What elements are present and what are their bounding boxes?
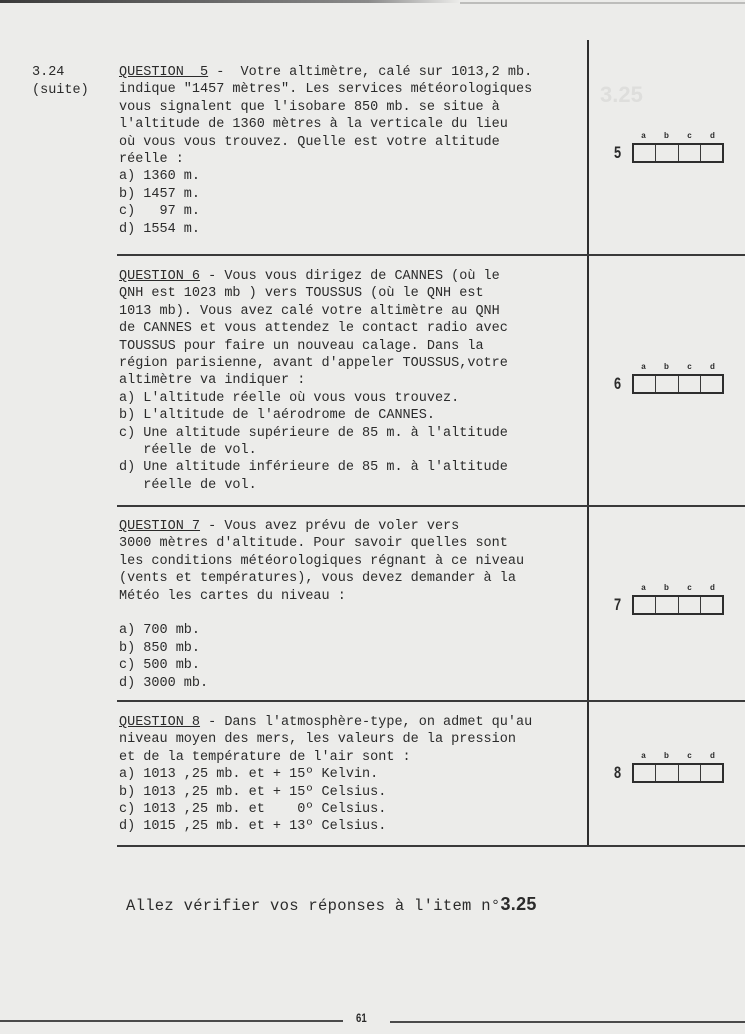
- answer-cell-a[interactable]: [634, 597, 656, 613]
- question-6: QUESTION 6 - Vous vous dirigez de CANNES…: [119, 268, 579, 494]
- top-rule-faint: [460, 2, 745, 4]
- answer-cell-c[interactable]: [679, 376, 701, 392]
- answer-cell-c[interactable]: [679, 765, 701, 781]
- answer-box-7: a b c d 7: [614, 583, 729, 615]
- answer-letters: a b c d: [632, 362, 724, 374]
- answer-number: 8: [614, 763, 628, 783]
- answer-cells: [632, 595, 724, 615]
- answer-cell-b[interactable]: [656, 765, 678, 781]
- answer-cell-d[interactable]: [701, 376, 722, 392]
- footer-instruction: Allez vérifier vos réponses à l'item n°3…: [126, 894, 537, 915]
- section-note: (suite): [32, 83, 89, 98]
- question-8: QUESTION 8 - Dans l'atmosphère-type, on …: [119, 714, 579, 836]
- answer-cell-b[interactable]: [656, 376, 678, 392]
- question-divider: [117, 700, 745, 702]
- answer-cells: [632, 374, 724, 394]
- page-number: 61: [356, 1011, 367, 1025]
- section-label: 3.24 (suite): [32, 64, 89, 100]
- answer-number: 5: [614, 143, 628, 163]
- question-7: QUESTION 7 - Vous avez prévu de voler ve…: [119, 518, 579, 692]
- answer-number: 6: [614, 374, 628, 394]
- page-rule-right: [390, 1021, 745, 1023]
- answer-cell-a[interactable]: [634, 765, 656, 781]
- section-number: 3.24: [32, 65, 64, 80]
- answer-letters: a b c d: [632, 131, 724, 143]
- answer-cell-d[interactable]: [701, 145, 722, 161]
- answer-cell-b[interactable]: [656, 597, 678, 613]
- question-body: - Dans l'atmosphère-type, on admet qu'au…: [119, 715, 532, 834]
- answer-cells: [632, 763, 724, 783]
- answer-cells: [632, 143, 724, 163]
- footer-reference: 3.25: [500, 894, 536, 914]
- question-body: - Votre altimètre, calé sur 1013,2 mb. i…: [119, 65, 532, 237]
- question-body: - Vous vous dirigez de CANNES (où le QNH…: [119, 269, 508, 493]
- answer-cell-b[interactable]: [656, 145, 678, 161]
- answer-box-6: a b c d 6: [614, 362, 729, 394]
- answer-cell-c[interactable]: [679, 145, 701, 161]
- answer-number: 7: [614, 595, 628, 615]
- page-rule-left: [0, 1020, 343, 1022]
- question-heading: QUESTION 7: [119, 519, 200, 534]
- answer-box-5: a b c d 5: [614, 131, 729, 163]
- question-divider: [117, 254, 745, 256]
- question-5: QUESTION 5 - Votre altimètre, calé sur 1…: [119, 64, 579, 238]
- question-heading: QUESTION 6: [119, 269, 200, 284]
- column-divider: [587, 40, 589, 846]
- question-divider: [117, 845, 745, 847]
- answer-letters: a b c d: [632, 583, 724, 595]
- question-divider: [117, 505, 745, 507]
- question-heading: QUESTION 5: [119, 65, 208, 80]
- question-heading: QUESTION 8: [119, 715, 200, 730]
- answer-cell-a[interactable]: [634, 145, 656, 161]
- answer-cell-a[interactable]: [634, 376, 656, 392]
- answer-cell-d[interactable]: [701, 765, 722, 781]
- top-rule: [0, 0, 460, 3]
- answer-cell-c[interactable]: [679, 597, 701, 613]
- answer-box-8: a b c d 8: [614, 751, 729, 783]
- answer-cell-d[interactable]: [701, 597, 722, 613]
- question-body: - Vous avez prévu de voler vers 3000 mèt…: [119, 519, 524, 691]
- bleed-through-text: 3.25: [600, 82, 643, 108]
- answer-letters: a b c d: [632, 751, 724, 763]
